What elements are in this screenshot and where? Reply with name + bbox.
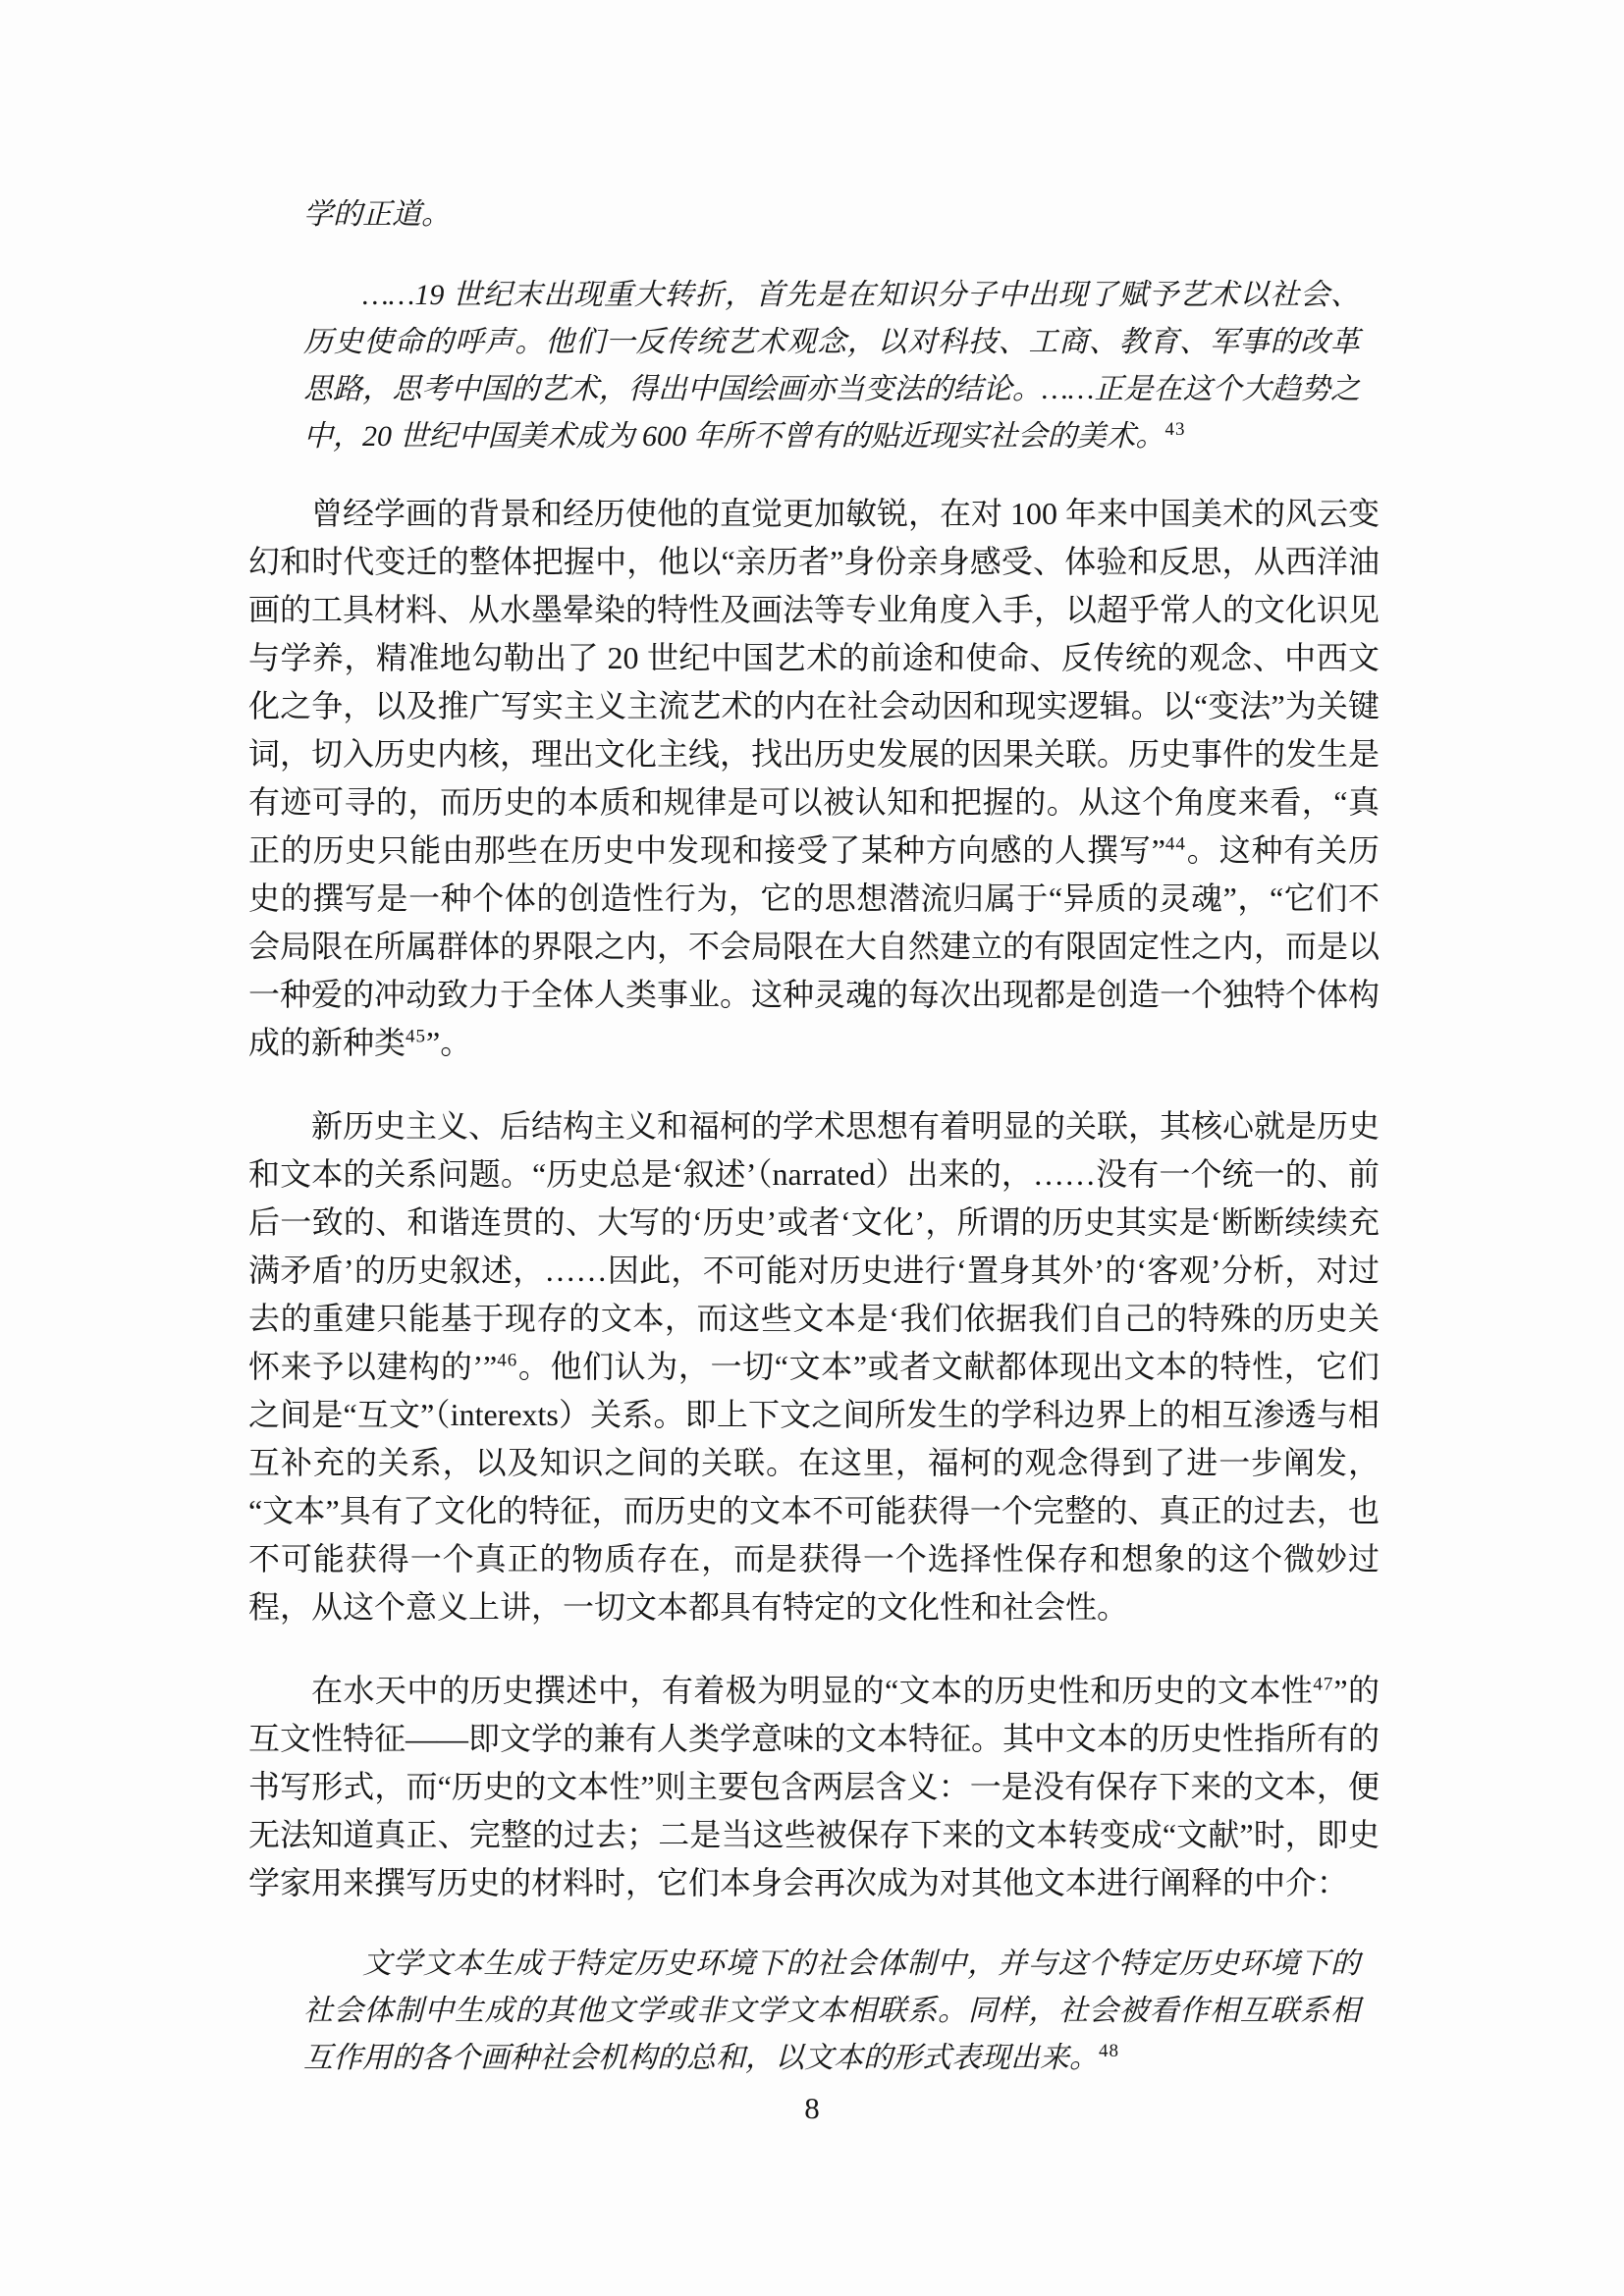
blockquote-2-text: 文学文本生成于特定历史环境下的社会体制中，并与这个特定历史环境下的社会体制中生成… — [303, 1948, 1360, 2074]
paragraph-2-segment-1: 新历史主义、后结构主义和福柯的学术思想有着明显的关联，其核心就是历史和文本的关系… — [248, 1108, 1380, 1384]
quote-continuation-line: 学的正道。 — [303, 191, 1380, 239]
body-paragraph-3: 在水天中的历史撰述中，有着极为明显的“文本的历史性和历史的文本性47”的互文性特… — [248, 1667, 1380, 1907]
footnote-ref-47: 47 — [1313, 1674, 1333, 1694]
body-paragraph-1: 曾经学画的背景和经历使他的直觉更加敏锐，在对 100 年来中国美术的风云变幻和时… — [248, 490, 1380, 1067]
footnote-ref-43: 43 — [1165, 419, 1186, 440]
page-body-text: 学的正道。 ……19 世纪末出现重大转折，首先是在知识分子中出现了赋予艺术以社会… — [248, 191, 1380, 2082]
blockquote-2: 文学文本生成于特定历史环境下的社会体制中，并与这个特定历史环境下的社会体制中生成… — [303, 1941, 1360, 2082]
page-footer: 8 — [0, 2089, 1624, 2128]
paragraph-1-segment-3: ”。 — [426, 1025, 471, 1060]
paragraph-2-segment-2: 。他们认为，一切“文本”或者文献都体现出文本的特性，它们之间是“互文”（inte… — [248, 1349, 1380, 1625]
footnote-ref-46: 46 — [497, 1350, 517, 1370]
paragraph-1-segment-1: 曾经学画的背景和经历使他的直觉更加敏锐，在对 100 年来中国美术的风云变幻和时… — [248, 496, 1380, 868]
page-number: 8 — [804, 2091, 820, 2125]
blockquote-1: ……19 世纪末出现重大转折，首先是在知识分子中出现了赋予艺术以社会、历史使命的… — [303, 272, 1360, 460]
document-page: 学的正道。 ……19 世纪末出现重大转折，首先是在知识分子中出现了赋予艺术以社会… — [0, 0, 1624, 2296]
footnote-ref-45: 45 — [406, 1026, 426, 1046]
footnote-ref-44: 44 — [1165, 833, 1186, 854]
body-paragraph-2: 新历史主义、后结构主义和福柯的学术思想有着明显的关联，其核心就是历史和文本的关系… — [248, 1102, 1380, 1631]
blockquote-1-text: ……19 世纪末出现重大转折，首先是在知识分子中出现了赋予艺术以社会、历史使命的… — [303, 279, 1360, 453]
quote-continuation-text: 学的正道。 — [303, 198, 451, 231]
paragraph-3-segment-1: 在水天中的历史撰述中，有着极为明显的“文本的历史性和历史的文本性 — [311, 1673, 1313, 1708]
footnote-ref-48: 48 — [1099, 2041, 1119, 2061]
